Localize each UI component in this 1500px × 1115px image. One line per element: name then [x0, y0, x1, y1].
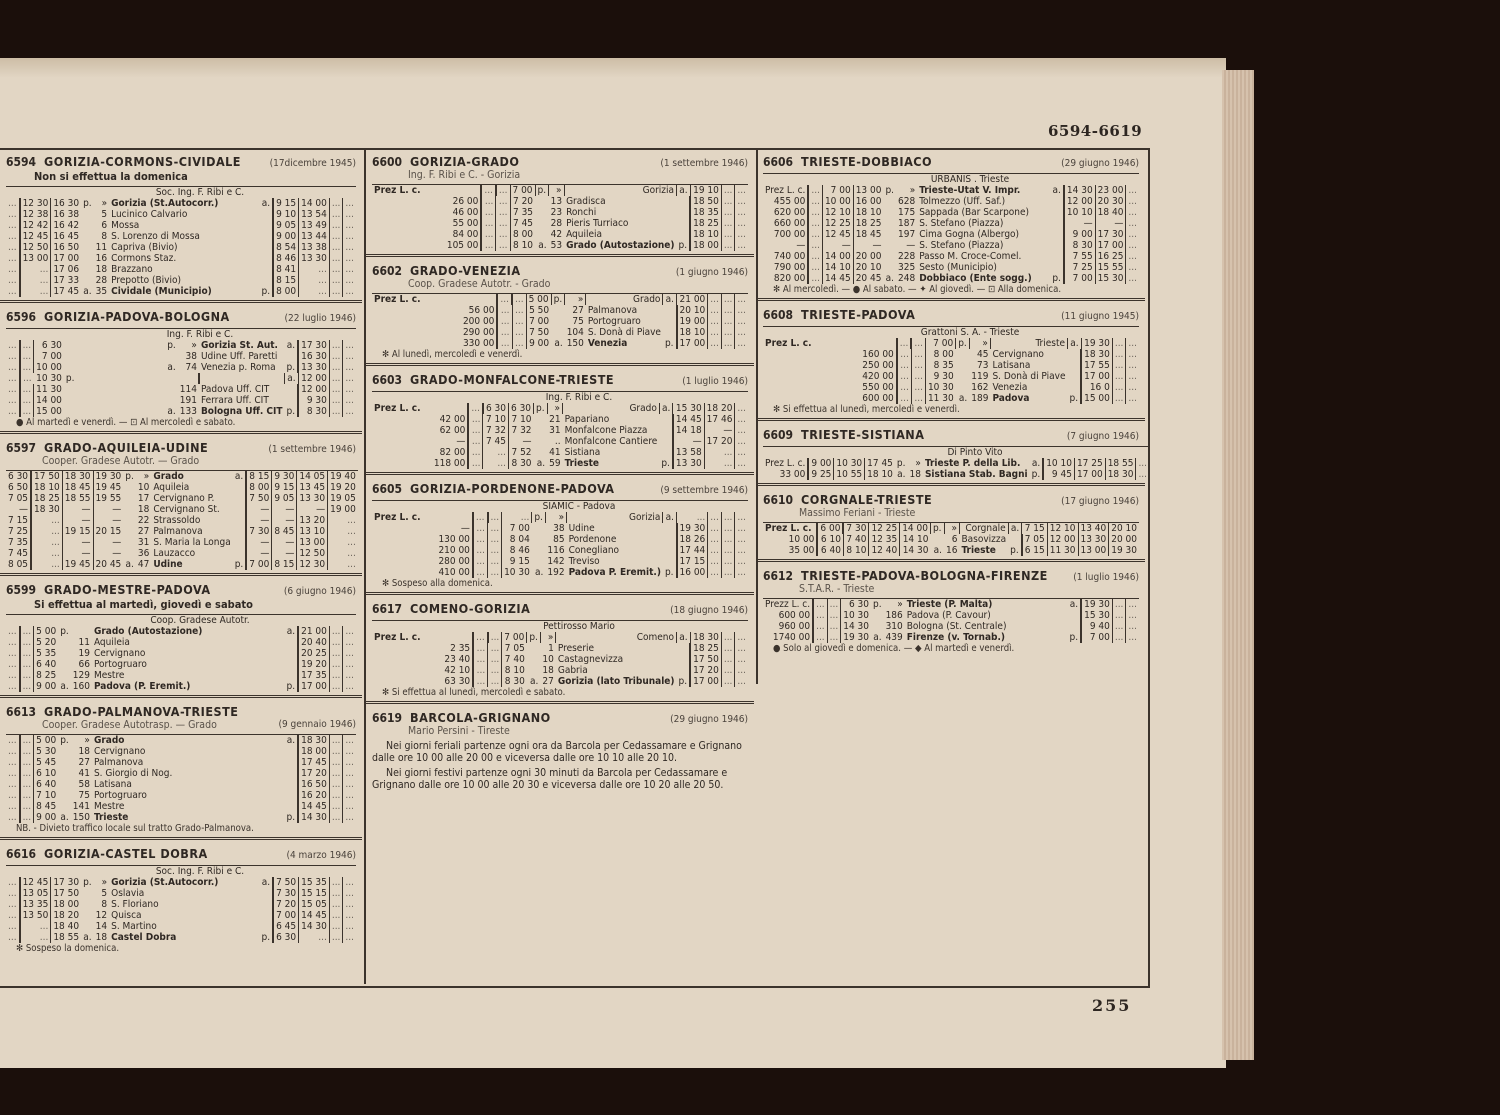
table-cell: ...: [708, 338, 722, 349]
table-cell: ...: [497, 294, 512, 306]
table-cell: 13 00: [297, 537, 328, 548]
table-cell: ...: [708, 316, 722, 327]
route-header: 6602GRADO-VENEZIA(1 giugno 1946): [372, 260, 748, 279]
table-cell: 20 25: [298, 648, 329, 659]
table-cell: ...: [721, 632, 735, 643]
table-cell: 13 00: [1078, 545, 1109, 556]
operator-cell: Soc. Ing. F. Ribi e C.: [6, 866, 356, 878]
route-date: (9 gennaio 1946): [278, 719, 356, 731]
table-cell: 8 30: [298, 406, 329, 417]
table-cell: p.: [285, 362, 299, 373]
route-block-6619: 6619BARCOLA-GRIGNANO(29 giugno 1946)Mari…: [366, 704, 754, 797]
table-cell: —: [246, 548, 272, 559]
route-title-group: 6599GRADO-MESTRE-PADOVA: [6, 579, 211, 598]
table-cell: ...: [343, 637, 356, 648]
table-cell: 8 46: [273, 253, 299, 264]
table-row: 210 00......8 46116Conegliano17 44......…: [372, 545, 748, 556]
table-cell: 8 15: [272, 559, 297, 570]
table-cell: 12 50: [297, 548, 328, 559]
table-cell: [123, 504, 136, 515]
table-cell: 20 45: [93, 559, 123, 570]
table-cell: ...: [329, 757, 343, 768]
table-cell: 7 10: [483, 414, 509, 425]
operator-cell: Coop. Gradese Autotr.: [6, 615, 356, 627]
table-cell: 26 00: [372, 196, 481, 207]
table-cell: 13 05: [20, 888, 51, 899]
table-cell: [677, 229, 691, 240]
table-cell: 18 30: [31, 504, 62, 515]
table-cell: 12 10: [1047, 523, 1078, 535]
table-cell: 19 45: [62, 559, 93, 570]
table-cell: 8 45: [34, 801, 59, 812]
table-cell: ...: [20, 735, 34, 747]
table-cell: ...: [343, 659, 356, 670]
table-row: ......17 3328Prepotto (Bivio)8 15.......…: [6, 275, 356, 286]
route-date: (1 luglio 1946): [682, 376, 748, 387]
table-cell: 18 25: [853, 218, 883, 229]
table-cell: Tolmezzo (Uff. Saf.): [917, 196, 1050, 207]
table-cell: Quisca: [109, 910, 259, 921]
route-title: TRIESTE-PADOVA: [801, 307, 915, 322]
table-cell: 16: [94, 253, 109, 264]
table-cell: 15 05: [299, 899, 330, 910]
table-cell: [285, 746, 299, 757]
table-cell: ...: [721, 556, 735, 567]
table-cell: 6 40: [34, 779, 59, 790]
table-cell: a.: [285, 735, 299, 747]
table-cell: 18 20: [51, 910, 81, 921]
table-cell: 14 30: [299, 921, 330, 932]
route-title: GORIZIA-CORMONS-CIVIDALE: [44, 154, 241, 169]
table-cell: ...: [343, 340, 356, 351]
table-cell: 12 00: [1064, 196, 1095, 207]
table-cell: ...: [496, 229, 510, 240]
table-cell: Prez L. c.: [372, 512, 473, 523]
table-cell: [551, 305, 565, 316]
table-cell: ...: [6, 395, 20, 406]
timetable: Prezz L. c.......6 30p.»Trieste (P. Malt…: [763, 598, 1139, 643]
table-cell: 7 45: [483, 436, 509, 447]
table-cell: 7 55: [1064, 251, 1095, 262]
table-cell: a.: [871, 632, 884, 643]
operator-cell: Grattoni S. A. - Trieste: [763, 327, 1139, 339]
right-column: 6606TRIESTE-DOBBIACO(29 giugno 1946)URBA…: [757, 148, 1145, 657]
table-cell: ...: [343, 910, 356, 921]
timetable: Prez L. c.6 007 3012 2514 00p.»Corgnalea…: [763, 522, 1139, 556]
route-number: 6599: [6, 583, 36, 597]
middle-column: 6600GORIZIA-GRADO(1 settembre 1946)Ing. …: [366, 148, 754, 797]
table-cell: ...: [329, 812, 343, 823]
table-cell: ...: [473, 534, 488, 545]
table-cell: ...: [6, 362, 20, 373]
route-block-6608: 6608TRIESTE-PADOVA(11 giugno 1945)Gratto…: [757, 301, 1145, 421]
table-cell: 19 00: [677, 316, 708, 327]
table-cell: 325: [896, 262, 917, 273]
route-title: TRIESTE-DOBBIACO: [801, 154, 932, 169]
table-cell: p.: [677, 676, 691, 687]
table-cell: Padova (P. Eremit.): [92, 681, 285, 692]
route-header: 6616GORIZIA-CASTEL DOBRA(4 marzo 1946): [6, 843, 356, 862]
table-cell: 105 00: [372, 240, 481, 251]
table-cell: 75: [565, 316, 586, 327]
table-row: ...13 3518 008S. Floriano7 2015 05......: [6, 899, 356, 910]
table-cell: Padova Uff. CIT: [199, 384, 285, 395]
operator-cell: Ing. F. Ribi e C.: [6, 329, 356, 341]
table-cell: ...: [1126, 207, 1139, 218]
table-cell: 7 00: [526, 316, 551, 327]
route-operator: Coop. Gradese Autotr. - Grado: [372, 278, 748, 290]
route-footnote: ✻ Sospeso alla domenica.: [372, 578, 748, 589]
table-cell: a.: [81, 286, 94, 297]
table-cell: ...: [329, 384, 343, 395]
table-cell: Monfalcone Cantiere: [563, 436, 660, 447]
table-cell: [285, 790, 299, 801]
table-cell: 17 30: [1095, 229, 1126, 240]
table-cell: Gorizia (St.Autocorr.): [109, 877, 259, 888]
table-row: 700 00...12 4518 45197Cima Gogna (Alberg…: [763, 229, 1139, 240]
table-cell: [123, 548, 136, 559]
table-cell: 9 30: [272, 471, 297, 483]
route-operator: Ing. F. Ribi e C. - Gorizia: [372, 169, 748, 181]
table-cell: 150: [71, 812, 92, 823]
table-cell: 7 32: [509, 425, 534, 436]
table-cell: 10 55: [834, 469, 865, 480]
table-cell: ...: [735, 316, 748, 327]
table-cell: 17 35: [298, 670, 329, 681]
table-cell: ...: [343, 384, 356, 395]
table-row: 280 00......9 15142Treviso17 15.........: [372, 556, 748, 567]
table-cell: [123, 526, 136, 537]
table-cell: 56 00: [372, 305, 497, 316]
table-cell: Ronchi: [564, 207, 676, 218]
table-row: Prez L. c..........p.»Goriziaa..........…: [372, 512, 748, 523]
table-cell: ...: [329, 373, 343, 384]
table-cell: 18 30: [298, 735, 329, 747]
table-cell: [285, 779, 299, 790]
timetable: Soc. Ing. F. Ribi e C....12 3016 30p.»Go…: [6, 186, 356, 297]
table-cell: 23 40: [372, 654, 473, 665]
route-operator: S.T.A.R. - Trieste: [763, 583, 1139, 595]
table-cell: 17 45: [865, 458, 895, 469]
table-cell: ...: [6, 340, 20, 351]
table-cell: ...: [329, 888, 343, 899]
table-cell: [81, 242, 94, 253]
route-date: (29 giugno 1946): [670, 714, 748, 725]
table-cell: [64, 395, 178, 406]
table-cell: —: [93, 504, 123, 515]
table-cell: [58, 790, 71, 801]
table-cell: a.: [551, 338, 565, 349]
table-cell: ...: [808, 273, 822, 284]
table-cell: ...: [343, 406, 356, 417]
table-cell: ...: [735, 512, 748, 523]
table-cell: 19 10: [690, 185, 721, 197]
table-cell: 8 00: [925, 349, 955, 360]
table-cell: 8 25: [34, 670, 59, 681]
table-cell: ...: [1126, 382, 1139, 393]
table-cell: ...: [20, 406, 34, 417]
table-cell: 14 10: [900, 534, 931, 545]
table-cell: ...: [721, 185, 735, 197]
table-cell: p.: [534, 403, 548, 414]
route-number: 6596: [6, 310, 36, 324]
table-cell: 35: [94, 286, 109, 297]
table-cell: ...: [512, 338, 526, 349]
operator-row: Soc. Ing. F. Ribi e C.: [6, 187, 356, 199]
table-cell: [659, 425, 673, 436]
table-cell: 10 00: [822, 196, 853, 207]
table-cell: ...: [813, 621, 827, 632]
table-cell: p.: [895, 458, 908, 469]
table-cell: ...: [329, 264, 343, 275]
table-cell: 13 58: [673, 447, 704, 458]
table-cell: »: [896, 185, 917, 196]
table-cell: 5 50: [526, 305, 551, 316]
table-cell: p.: [1030, 469, 1044, 480]
table-cell: 6 00: [817, 523, 843, 535]
route-footnote: NB. - Divieto traffico locale sul tratto…: [6, 823, 356, 834]
table-cell: a.: [58, 681, 71, 692]
table-cell: ...: [481, 240, 496, 251]
table-cell: ...: [6, 801, 20, 812]
table-cell: 7 15: [1022, 523, 1048, 535]
table-cell: »: [549, 185, 564, 197]
table-cell: 16 00: [853, 196, 883, 207]
table-cell: 63 30: [372, 676, 473, 687]
route-number: 6600: [372, 155, 402, 169]
table-cell: 9 00: [808, 458, 834, 469]
table-cell: 14 00: [900, 523, 931, 535]
table-cell: 10 30: [34, 373, 64, 384]
table-cell: 160: [71, 681, 92, 692]
table-cell: 17 20: [690, 665, 721, 676]
table-cell: 18: [71, 746, 92, 757]
table-cell: p.: [883, 185, 896, 196]
table-cell: 18 50: [690, 196, 721, 207]
route-block-6603: 6603GRADO-MONFALCONE-TRIESTE(1 luglio 19…: [366, 366, 754, 475]
table-cell: ...: [343, 746, 356, 757]
table-cell: ...: [329, 395, 343, 406]
table-cell: Prez L. c.: [763, 185, 808, 196]
table-cell: [259, 910, 273, 921]
table-cell: Palmanova: [151, 526, 232, 537]
table-row: ...12 3816 385Lucinico Calvario9 1013 54…: [6, 209, 356, 220]
route-number: 6613: [6, 705, 36, 719]
table-cell: p.: [527, 632, 541, 643]
route-date: (1 luglio 1946): [1073, 572, 1139, 583]
table-row: ...12 4216 426Mossa9 0513 49......: [6, 220, 356, 231]
table-row: 550 00......10 30162Venezia16 0......: [763, 382, 1139, 393]
table-cell: Mossa: [109, 220, 259, 231]
table-cell: [259, 921, 273, 932]
table-cell: ...: [329, 735, 343, 747]
table-cell: 18 55: [1105, 458, 1136, 469]
table-cell: [535, 218, 549, 229]
table-cell: ...: [1126, 621, 1139, 632]
route-header: 6612TRIESTE-PADOVA-BOLOGNA-FIRENZE(1 lug…: [763, 565, 1139, 584]
table-cell: ...: [329, 253, 343, 264]
service-note: Nei giorni festivi partenze ogni 30 minu…: [372, 767, 748, 791]
route-header: 6597GRADO-AQUILEIA-UDINE(1 settembre 194…: [6, 437, 356, 456]
table-cell: Gorizia St. Aut.: [199, 340, 285, 351]
table-cell: ...: [1112, 338, 1126, 349]
table-cell: ...: [735, 294, 748, 306]
table-cell: 189: [969, 393, 990, 404]
route-block-6599: 6599GRADO-MESTRE-PADOVA(6 giugno 1946)Si…: [0, 576, 362, 698]
table-cell: [123, 482, 136, 493]
table-cell: »: [944, 523, 959, 535]
timetable: SIAMIC - PadovaPrez L. c..........p.»Gor…: [372, 500, 748, 578]
table-cell: a.: [1068, 338, 1082, 349]
route-block-6605: 6605GORIZIA-PORDENONE-PADOVA(9 settembre…: [366, 475, 754, 595]
table-cell: Prez L. c.: [763, 458, 808, 469]
operator-row: Pettirosso Mario: [372, 621, 748, 633]
table-cell: [663, 523, 677, 534]
table-cell: 19 55: [93, 493, 123, 504]
route-date: (1 giugno 1946): [676, 267, 748, 278]
table-cell: 28: [94, 275, 109, 286]
table-cell: ...: [481, 229, 496, 240]
table-cell: ...: [473, 643, 488, 654]
table-cell: 10 00: [34, 362, 64, 373]
table-cell: [81, 275, 94, 286]
table-cell: 23 00: [1095, 185, 1126, 196]
table-cell: Grado: [92, 735, 285, 747]
table-cell: 84 00: [372, 229, 481, 240]
table-cell: [883, 251, 896, 262]
route-note: Si effettua al martedì, giovedì e sabato: [6, 598, 356, 611]
table-cell: 162: [969, 382, 990, 393]
table-cell: 46 00: [372, 207, 481, 218]
table-cell: ...: [512, 327, 526, 338]
table-cell: 8 10: [843, 545, 869, 556]
table-cell: ...: [329, 648, 343, 659]
table-cell: [58, 659, 71, 670]
table-cell: 12 42: [20, 220, 51, 231]
table-cell: ...: [343, 395, 356, 406]
table-cell: 19 30: [93, 471, 123, 483]
table-cell: 13 00: [20, 253, 51, 264]
route-number: 6616: [6, 847, 36, 861]
table-cell: [58, 648, 71, 659]
route-title: BARCOLA-GRIGNANO: [410, 710, 551, 725]
table-cell: ...: [735, 643, 748, 654]
table-cell: 5: [94, 209, 109, 220]
route-title-group: 6606TRIESTE-DOBBIACO: [763, 151, 932, 170]
table-cell: 620 00: [763, 207, 808, 218]
table-cell: 13 30: [673, 458, 704, 469]
route-title: COMENO-GORIZIA: [410, 601, 530, 616]
table-cell: 116: [545, 545, 566, 556]
table-cell: 9 00: [526, 338, 551, 349]
table-cell: [58, 637, 71, 648]
table-cell: ...: [481, 218, 496, 229]
table-cell: a.: [663, 512, 677, 523]
table-cell: ...: [481, 207, 496, 218]
table-cell: 197: [896, 229, 917, 240]
table-cell: 21 00: [677, 294, 708, 306]
table-cell: Venezia: [586, 338, 663, 349]
table-cell: 18 10: [865, 469, 895, 480]
table-cell: 6 30: [6, 471, 31, 483]
table-cell: [534, 436, 548, 447]
table-cell: [1068, 360, 1082, 371]
table-cell: a.: [534, 458, 548, 469]
table-cell: 17 30: [51, 877, 81, 888]
table-cell: ...: [735, 545, 748, 556]
table-cell: 9 15: [502, 556, 532, 567]
table-cell: 740 00: [763, 251, 808, 262]
operator-cell: URBANIS . Trieste: [763, 174, 1139, 186]
table-cell: 7 50: [246, 493, 272, 504]
route-title-group: 6617COMENO-GORIZIA: [372, 598, 530, 617]
table-cell: p.: [64, 340, 178, 351]
timetable: Ing. F. Ribi e C.Prez L. c....6 306 30p.…: [372, 391, 748, 469]
table-row: ......10 30p.a.12 00......: [6, 373, 356, 384]
table-cell: 130 00: [372, 534, 473, 545]
table-cell: a.: [1068, 599, 1082, 611]
table-cell: »: [547, 403, 562, 414]
table-cell: [1050, 229, 1064, 240]
table-row: ......6 4058Latisana16 50......: [6, 779, 356, 790]
table-cell: 18 10: [690, 229, 721, 240]
table-cell: ...: [488, 567, 502, 578]
table-cell: 33 00: [763, 469, 808, 480]
table-cell: —: [246, 504, 272, 515]
table-row: 290 00......7 50104S. Donà di Piave18 10…: [372, 327, 748, 338]
route-number: 6608: [763, 308, 793, 322]
table-cell: 17: [136, 493, 151, 504]
table-cell: 17 00: [298, 681, 329, 692]
table-cell: [58, 746, 71, 757]
table-cell: ...: [512, 294, 526, 306]
table-cell: 8 00: [510, 229, 535, 240]
table-cell: Lucinico Calvario: [109, 209, 259, 220]
table-cell: 13 30: [298, 362, 329, 373]
table-row: 7 25...19 1520 1527Palmanova7 308 4513 1…: [6, 526, 358, 537]
table-cell: 82 00: [372, 447, 468, 458]
table-row: 7 15...——22Strassoldo——13 20...: [6, 515, 358, 526]
table-cell: a.: [535, 240, 549, 251]
table-cell: 55 00: [372, 218, 481, 229]
table-cell: ...: [735, 447, 748, 458]
table-cell: 7 05: [502, 643, 527, 654]
table-cell: S. Donà di Piave: [990, 371, 1067, 382]
route-title: TRIESTE-PADOVA-BOLOGNA-FIRENZE: [801, 568, 1048, 583]
table-cell: 62 00: [372, 425, 468, 436]
table-cell: a.: [285, 373, 299, 384]
table-cell: ...: [6, 888, 20, 899]
route-footnote: ● Solo al giovedì e domenica. — ◆ Al mar…: [763, 643, 1139, 654]
table-cell: Trieste-Utat V. Impr.: [917, 185, 1050, 196]
table-row: 118 00......8 30a.59Triestep.13 30......: [372, 458, 748, 469]
table-row: ......6 30p.»Gorizia St. Aut.a.17 30....…: [6, 340, 356, 351]
route-header: 6609TRIESTE-SISTIANA(7 giugno 1946): [763, 424, 1139, 443]
table-row: ......7 1075Portogruaro16 20......: [6, 790, 356, 801]
table-cell: ...: [813, 610, 827, 621]
table-cell: [58, 801, 71, 812]
route-block-6612: 6612TRIESTE-PADOVA-BOLOGNA-FIRENZE(1 lug…: [757, 562, 1145, 657]
table-cell: ...: [329, 286, 343, 297]
table-cell: [1008, 534, 1022, 545]
table-cell: [58, 757, 71, 768]
table-cell: ...: [808, 251, 822, 262]
table-cell: 10: [540, 654, 555, 665]
table-cell: 38: [545, 523, 566, 534]
table-cell: [956, 349, 970, 360]
table-cell: 8 54: [273, 242, 299, 253]
table-cell: [677, 643, 691, 654]
